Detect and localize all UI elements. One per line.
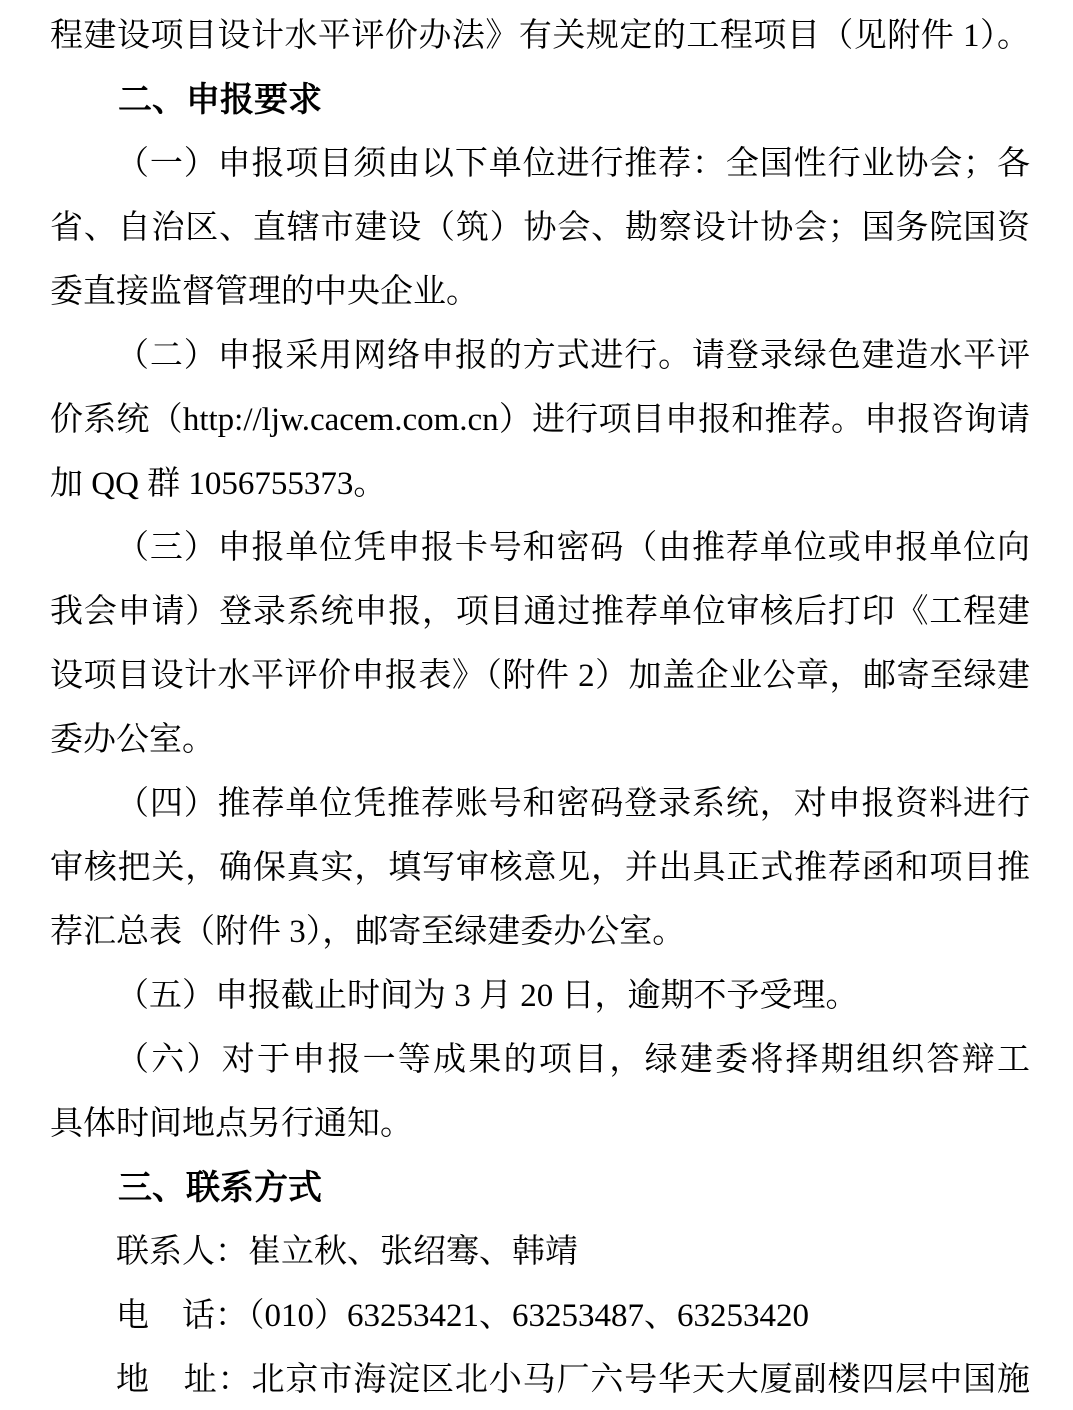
body-line-with-url: 价系统（http://ljw.cacem.com.cn）进行项目申报和推荐。申报… xyxy=(50,388,1030,452)
body-line: 委办公室。 xyxy=(50,708,1030,772)
body-line: 设项目设计水平评价申报表》（附件 2）加盖企业公章，邮寄至绿建 xyxy=(50,644,1030,708)
contact-phone-line: 电 话：（010）63253421、63253487、63253420 xyxy=(50,1284,1030,1348)
body-line: （四）推荐单位凭推荐账号和密码登录系统，对申报资料进行 xyxy=(50,772,1030,836)
document-page: 程建设项目设计水平评价办法》有关规定的工程项目（见附件 1）。 二、申报要求 （… xyxy=(0,0,1073,1410)
body-line: （三）申报单位凭申报卡号和密码（由推荐单位或申报单位向 xyxy=(50,516,1030,580)
body-line: 我会申请）登录系统申报，项目通过推荐单位审核后打印《工程建 xyxy=(50,580,1030,644)
contact-person-line: 联系人：崔立秋、张绍骞、韩靖 xyxy=(50,1220,1030,1284)
section-3-heading: 三、联系方式 xyxy=(50,1156,1030,1220)
body-line: （一）申报项目须由以下单位进行推荐：全国性行业协会；各 xyxy=(50,132,1030,196)
body-line: 程建设项目设计水平评价办法》有关规定的工程项目（见附件 1）。 xyxy=(50,4,1030,68)
body-line-deadline: （五）申报截止时间为 3 月 20 日，逾期不予受理。 xyxy=(50,964,1030,1028)
section-2-heading: 二、申报要求 xyxy=(50,68,1030,132)
body-line-qq-group: 加 QQ 群 1056755373。 xyxy=(50,452,1030,516)
body-line: 荐汇总表（附件 3），邮寄至绿建委办公室。 xyxy=(50,900,1030,964)
body-line: 审核把关，确保真实，填写审核意见，并出具正式推荐函和项目推 xyxy=(50,836,1030,900)
contact-address-line: 地 址：北京市海淀区北小马厂六号华天大厦副楼四层中国施 xyxy=(50,1348,1030,1410)
body-line: 省、自治区、直辖市建设（筑）协会、勘察设计协会；国务院国资 xyxy=(50,196,1030,260)
body-line: 委直接监督管理的中央企业。 xyxy=(50,260,1030,324)
body-line: （二）申报采用网络申报的方式进行。请登录绿色建造水平评 xyxy=(50,324,1030,388)
body-line: 具体时间地点另行通知。 xyxy=(50,1092,1030,1156)
body-line: （六）对于申报一等成果的项目，绿建委将择期组织答辩工作， xyxy=(50,1028,1030,1092)
